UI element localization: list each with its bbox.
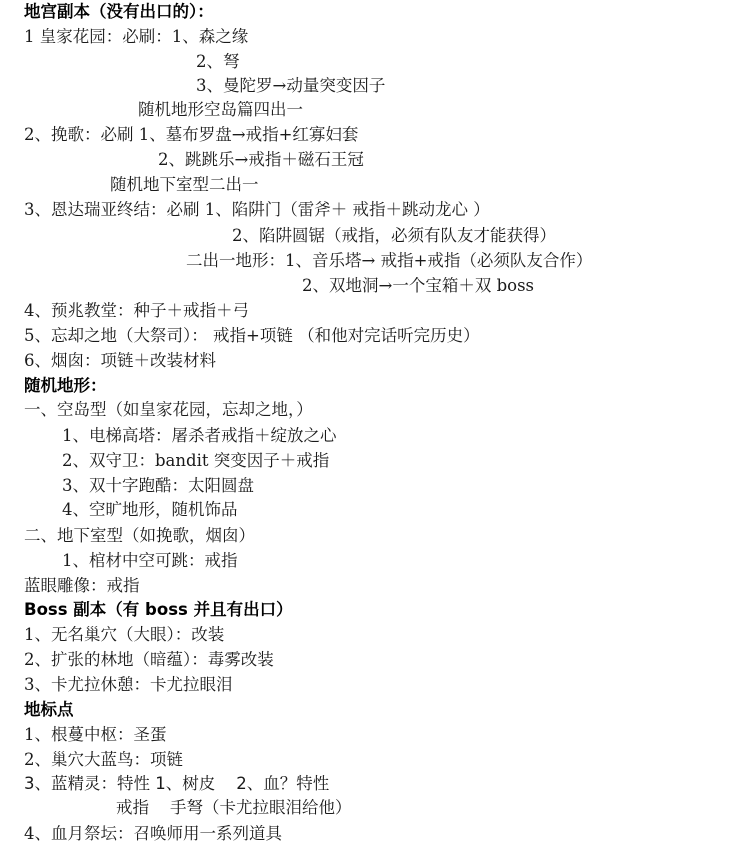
section-heading: 地标点 — [24, 700, 74, 720]
text-line: 2、跳跳乐→戒指＋磁石王冠 — [158, 150, 364, 170]
text-line: 6、烟囱：项链＋改装材料 — [24, 351, 216, 371]
text-line: 1、棺材中空可跳：戒指 — [62, 551, 238, 571]
section-heading: 随机地形： — [24, 376, 107, 396]
text-line: 二、地下室型（如挽歌，烟囱） — [24, 526, 255, 546]
text-line: 1 皇家花园：必刷：1、森之缘 — [24, 27, 248, 47]
text-line: 2、陷阱圆锯（戒指，必须有队友才能获得） — [232, 226, 556, 246]
text-line: 二出一地形：1、音乐塔→ 戒指+戒指（必须队友合作） — [186, 251, 592, 271]
text-line: 随机地下室型二出一 — [110, 175, 259, 195]
text-line: 4、空旷地形，随机饰品 — [62, 500, 238, 520]
section-heading: Boss 副本（有 boss 并且有出口） — [24, 600, 293, 620]
text-line: 3、曼陀罗→动量突变因子 — [196, 76, 385, 96]
text-line: 3、恩达瑞亚终结：必刷 1、陷阱门（雷斧＋ 戒指＋跳动龙心 ） — [24, 200, 490, 220]
section-heading: 地宫副本（没有出口的）： — [24, 2, 214, 22]
text-line: 戒指 手弩（卡尤拉眼泪给他） — [116, 798, 351, 818]
text-line: 3、双十字跑酷：太阳圆盘 — [62, 476, 254, 496]
text-line: 4、血月祭坛：召唤师用一系列道具 — [24, 824, 282, 844]
text-line: 2、挽歌：必刷 1、墓布罗盘→戒指+红寡妇套 — [24, 125, 358, 145]
text-line: 3、蓝精灵：特性 1、树皮 2、血？特性 — [24, 774, 329, 794]
text-line: 1、无名巢穴（大眼）：改装 — [24, 625, 224, 645]
text-line: 2、双地洞→一个宝箱＋双 boss — [302, 276, 534, 296]
text-line: 3、卡尤拉休憩：卡尤拉眼泪 — [24, 675, 233, 695]
text-line: 随机地形空岛篇四出一 — [138, 100, 303, 120]
text-line: 2、双守卫：bandit 突变因子＋戒指 — [62, 451, 329, 471]
document-page: 地宫副本（没有出口的）：1 皇家花园：必刷：1、森之缘2、弩3、曼陀罗→动量突变… — [0, 0, 740, 844]
text-line: 1、根蔓中枢：圣蛋 — [24, 725, 167, 745]
text-line: 2、扩张的林地（暗蕴）：毒雾改装 — [24, 650, 274, 670]
text-line: 2、弩 — [196, 52, 240, 72]
text-line: 一、空岛型（如皇家花园，忘却之地，） — [24, 400, 313, 420]
text-line: 1、电梯高塔：屠杀者戒指＋绽放之心 — [62, 426, 337, 446]
text-line: 2、巢穴大蓝鸟：项链 — [24, 750, 183, 770]
text-line: 蓝眼雕像：戒指 — [24, 576, 140, 596]
text-line: 5、忘却之地（大祭司）： 戒指+项链 （和他对完话听完历史） — [24, 326, 480, 346]
text-line: 4、预兆教堂：种子＋戒指＋弓 — [24, 301, 249, 321]
